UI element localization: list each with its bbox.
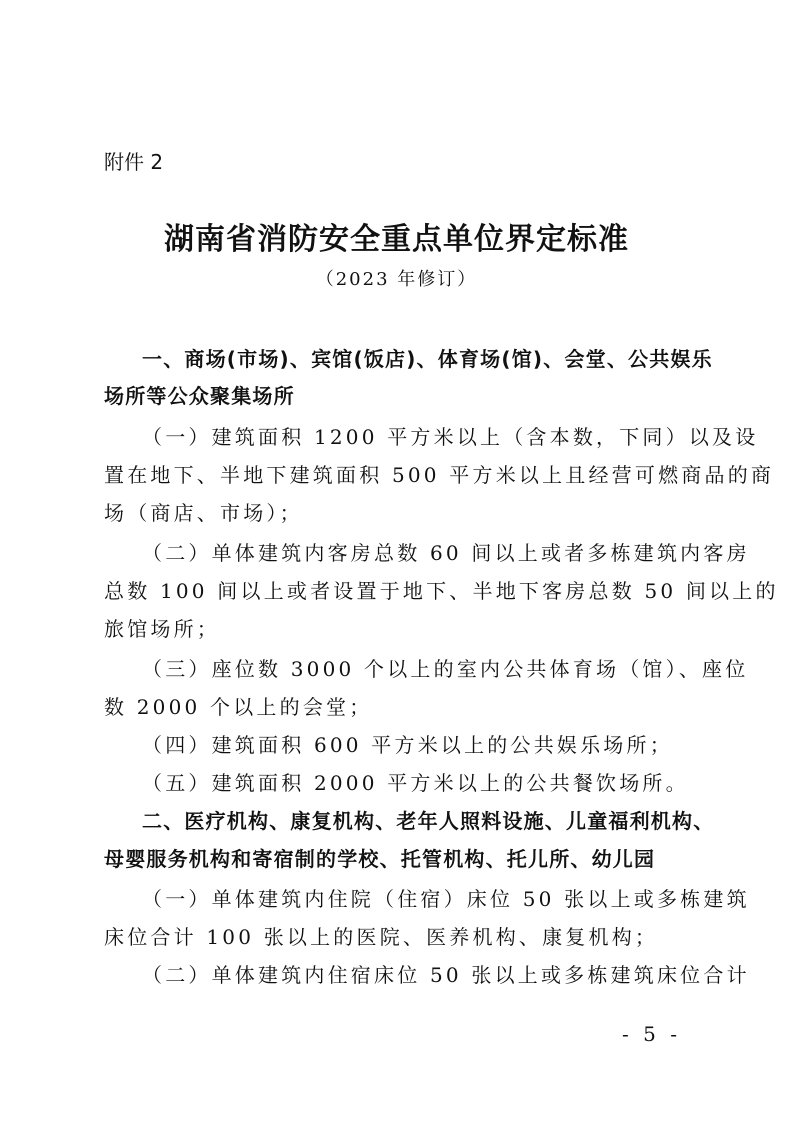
paragraph-line: 数 2000 个以上的会堂； [104,695,372,719]
paragraph-line: （二）单体建筑内住宿床位 50 张以上或多栋建筑床位合计 [142,963,750,987]
attachment-label: 附件 2 [104,150,163,174]
paragraph-line: （一）单体建筑内住院（住宿）床位 50 张以上或多栋建筑 [142,887,750,911]
document-title: 湖南省消防安全重点单位界定标准 [0,220,793,260]
paragraph-line: （二）单体建筑内客房总数 60 间以上或者多栋建筑内客房 [142,541,750,565]
paragraph-line: 总数 100 间以上或者设置于地下、半地下客房总数 50 间以上的 [104,579,779,603]
paragraph-line: （四）建筑面积 600 平方米以上的公共娱乐场所； [142,733,673,757]
section-heading-2-line-1: 二、医疗机构、康复机构、老年人照料设施、儿童福利机构、 [142,809,714,833]
paragraph-line: （三）座位数 3000 个以上的室内公共体育场（馆）、座位 [142,657,748,681]
paragraph-line: 床位合计 100 张以上的医院、医养机构、康复机构； [104,925,658,949]
document-subtitle: （2023 年修订） [0,268,793,292]
paragraph-line: 旅馆场所； [104,617,220,641]
document-page: 附件 2 湖南省消防安全重点单位界定标准 （2023 年修订） 一、商场(市场)… [0,0,793,1122]
page-number: - 5 - [622,1022,681,1046]
paragraph-line: 场（商店、市场）； [104,501,303,525]
section-heading-2-line-2: 母婴服务机构和寄宿制的学校、托管机构、托儿所、幼儿园 [104,847,655,871]
paragraph-line: 置在地下、半地下建筑面积 500 平方米以上且经营可燃商品的商 [104,463,774,487]
section-heading-1-line-1: 一、商场(市场)、宾馆(饭店)、体育场(馆)、会堂、公共娱乐 [142,347,713,371]
paragraph-line: （五）建筑面积 2000 平方米以上的公共餐饮场所。 [142,771,689,795]
section-heading-1-line-2: 场所等公众聚集场所 [104,384,295,408]
paragraph-line: （一）建筑面积 1200 平方米以上（含本数，下同）以及设 [142,425,758,449]
